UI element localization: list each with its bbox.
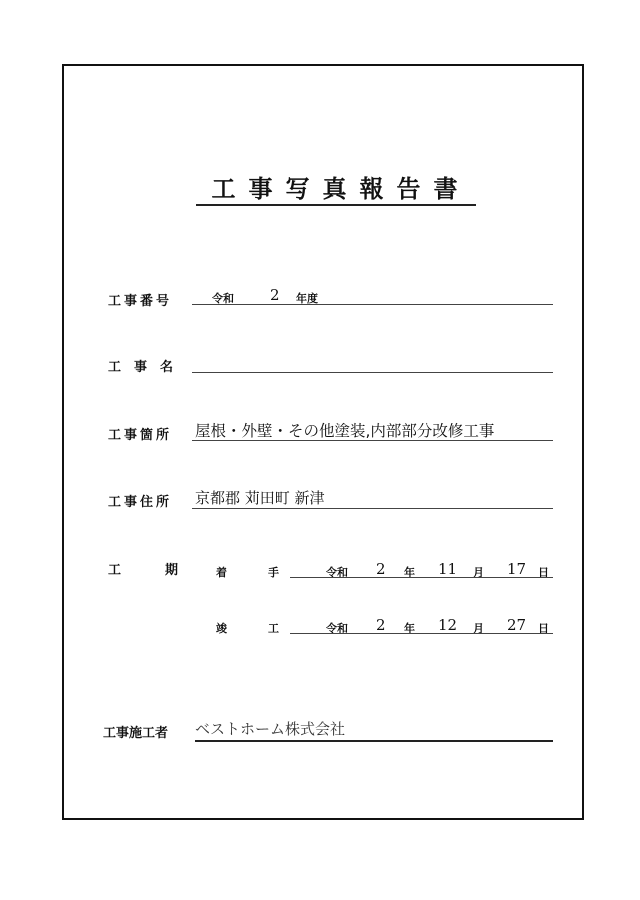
start-date-underline bbox=[290, 577, 553, 578]
construction-name-label: 工 事 名 bbox=[108, 356, 173, 375]
construction-location-value[interactable]: 屋根・外壁・その他塗装,内部部分改修工事 bbox=[195, 419, 494, 441]
contractor-value[interactable]: ベストホーム株式会社 bbox=[195, 718, 345, 739]
start-day[interactable]: 17 bbox=[507, 560, 526, 578]
end-month[interactable]: 12 bbox=[438, 616, 457, 634]
start-label-b: 手 bbox=[268, 564, 279, 580]
end-label-a: 竣 bbox=[216, 620, 227, 636]
start-label-a: 着 bbox=[216, 564, 227, 580]
end-day[interactable]: 27 bbox=[507, 616, 526, 634]
construction-name-underline bbox=[192, 372, 553, 373]
document-title: 工事写真報告書 bbox=[196, 172, 476, 206]
start-month[interactable]: 11 bbox=[438, 560, 457, 578]
construction-number-underline bbox=[192, 304, 553, 305]
construction-number-year: 2 bbox=[270, 286, 280, 304]
contractor-underline bbox=[195, 740, 553, 742]
construction-address-label: 工事住所 bbox=[108, 491, 172, 510]
construction-period-label-right: 期 bbox=[165, 559, 178, 578]
start-year[interactable]: 2 bbox=[376, 560, 386, 578]
end-date-underline bbox=[290, 633, 553, 634]
construction-address-underline bbox=[192, 508, 553, 509]
end-year[interactable]: 2 bbox=[376, 616, 386, 634]
construction-location-underline bbox=[192, 440, 553, 441]
construction-number-label: 工事番号 bbox=[108, 290, 172, 309]
construction-location-label: 工事箇所 bbox=[108, 424, 172, 443]
construction-address-value[interactable]: 京都郡 苅田町 新津 bbox=[195, 487, 325, 508]
end-label-b: 工 bbox=[268, 620, 279, 636]
contractor-label: 工事施工者 bbox=[103, 722, 168, 741]
construction-period-label-left: 工 bbox=[108, 559, 121, 578]
